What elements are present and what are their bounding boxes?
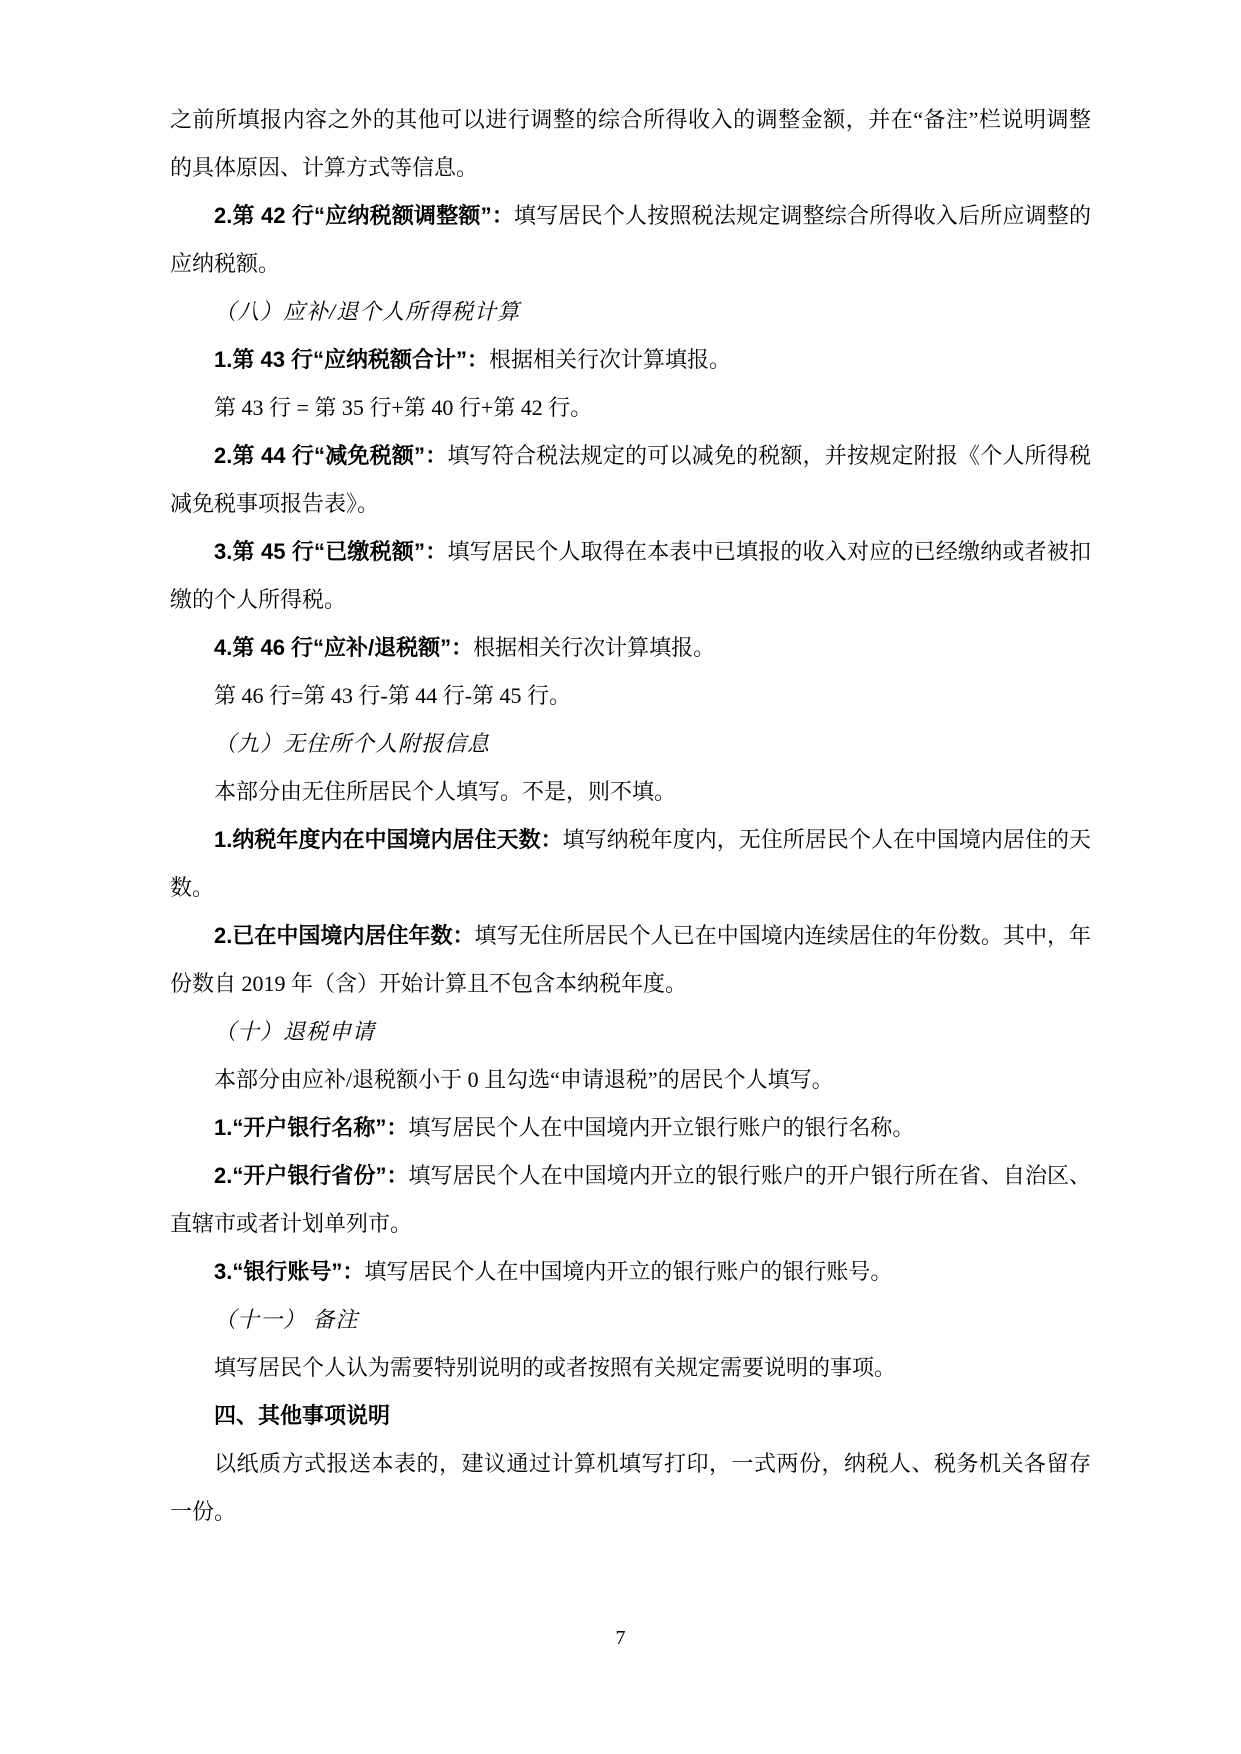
paragraph-lead: 3.第 45 行“已缴税额”： — [214, 539, 447, 564]
paragraph: 之前所填报内容之外的其他可以进行调整的综合所得收入的调整金额，并在“备注”栏说明… — [170, 96, 1091, 192]
paragraph-text: 根据相关行次计算填报。 — [473, 635, 715, 660]
paragraph: 填写居民个人认为需要特别说明的或者按照有关规定需要说明的事项。 — [170, 1344, 1091, 1392]
page-content: 之前所填报内容之外的其他可以进行调整的综合所得收入的调整金额，并在“备注”栏说明… — [170, 96, 1091, 1536]
paragraph: 3.第 45 行“已缴税额”：填写居民个人取得在本表中已填报的收入对应的已经缴纳… — [170, 528, 1091, 624]
paragraph-text: 以纸质方式报送本表的，建议通过计算机填写打印，一式两份，纳税人、税务机关各留存一… — [170, 1451, 1091, 1524]
paragraph-text: 本部分由无住所居民个人填写。不是，则不填。 — [214, 779, 676, 804]
paragraph: 1.第 43 行“应纳税额合计”：根据相关行次计算填报。 — [170, 336, 1091, 384]
paragraph-text: 根据相关行次计算填报。 — [489, 347, 731, 372]
paragraph-lead: 2.“开户银行省份”： — [214, 1163, 409, 1188]
document-page: 之前所填报内容之外的其他可以进行调整的综合所得收入的调整金额，并在“备注”栏说明… — [0, 0, 1241, 1754]
paragraph: 2.第 42 行“应纳税额调整额”：填写居民个人按照税法规定调整综合所得收入后所… — [170, 192, 1091, 288]
paragraph-text: （八）应补/退个人所得税计算 — [214, 299, 520, 324]
paragraph-text: 填写居民个人在中国境内开立银行账户的银行名称。 — [408, 1115, 914, 1140]
paragraph-text: （十）退税申请 — [214, 1019, 375, 1044]
section-heading: （十）退税申请 — [170, 1008, 1091, 1056]
section-heading: （八）应补/退个人所得税计算 — [170, 288, 1091, 336]
paragraph: 本部分由无住所居民个人填写。不是，则不填。 — [170, 768, 1091, 816]
paragraph-text: 第 46 行=第 43 行-第 44 行-第 45 行。 — [214, 683, 571, 708]
paragraph: 以纸质方式报送本表的，建议通过计算机填写打印，一式两份，纳税人、税务机关各留存一… — [170, 1440, 1091, 1536]
paragraph-text: 之前所填报内容之外的其他可以进行调整的综合所得收入的调整金额，并在“备注”栏说明… — [170, 107, 1091, 180]
paragraph-text: 第 43 行 = 第 35 行+第 40 行+第 42 行。 — [214, 395, 592, 420]
paragraph: 2.第 44 行“减免税额”：填写符合税法规定的可以减免的税额，并按规定附报《个… — [170, 432, 1091, 528]
paragraph-text: 填写居民个人在中国境内开立的银行账户的银行账号。 — [364, 1259, 892, 1284]
page-number: 7 — [0, 1627, 1241, 1650]
paragraph: 4.第 46 行“应补/退税额”：根据相关行次计算填报。 — [170, 624, 1091, 672]
chapter-heading: 四、其他事项说明 — [170, 1392, 1091, 1440]
section-heading: （十一） 备注 — [170, 1296, 1091, 1344]
paragraph-lead: 1.纳税年度内在中国境内居住天数： — [214, 827, 563, 852]
paragraph-lead: 4.第 46 行“应补/退税额”： — [214, 635, 473, 660]
formula-line: 第 46 行=第 43 行-第 44 行-第 45 行。 — [170, 672, 1091, 720]
paragraph-text: （九）无住所个人附报信息 — [214, 731, 490, 756]
paragraph-lead: 1.第 43 行“应纳税额合计”： — [214, 347, 489, 372]
paragraph: 2.“开户银行省份”：填写居民个人在中国境内开立的银行账户的开户银行所在省、自治… — [170, 1152, 1091, 1248]
paragraph-lead: 1.“开户银行名称”： — [214, 1115, 408, 1140]
paragraph-lead: 2.第 44 行“减免税额”： — [214, 443, 447, 468]
paragraph-lead: 3.“银行账号”： — [214, 1259, 364, 1284]
paragraph: 本部分由应补/退税额小于 0 且勾选“申请退税”的居民个人填写。 — [170, 1056, 1091, 1104]
paragraph-text: 填写居民个人认为需要特别说明的或者按照有关规定需要说明的事项。 — [214, 1355, 896, 1380]
paragraph-text: 本部分由应补/退税额小于 0 且勾选“申请退税”的居民个人填写。 — [214, 1067, 834, 1092]
paragraph-text: （十一） 备注 — [214, 1307, 359, 1332]
paragraph-lead: 四、其他事项说明 — [214, 1403, 390, 1428]
paragraph: 1.纳税年度内在中国境内居住天数：填写纳税年度内，无住所居民个人在中国境内居住的… — [170, 816, 1091, 912]
section-heading: （九）无住所个人附报信息 — [170, 720, 1091, 768]
formula-line: 第 43 行 = 第 35 行+第 40 行+第 42 行。 — [170, 384, 1091, 432]
paragraph: 2.已在中国境内居住年数：填写无住所居民个人已在中国境内连续居住的年份数。其中，… — [170, 912, 1091, 1008]
paragraph: 3.“银行账号”：填写居民个人在中国境内开立的银行账户的银行账号。 — [170, 1248, 1091, 1296]
paragraph-lead: 2.第 42 行“应纳税额调整额”： — [214, 203, 514, 228]
paragraph-lead: 2.已在中国境内居住年数： — [214, 923, 475, 948]
paragraph: 1.“开户银行名称”：填写居民个人在中国境内开立银行账户的银行名称。 — [170, 1104, 1091, 1152]
